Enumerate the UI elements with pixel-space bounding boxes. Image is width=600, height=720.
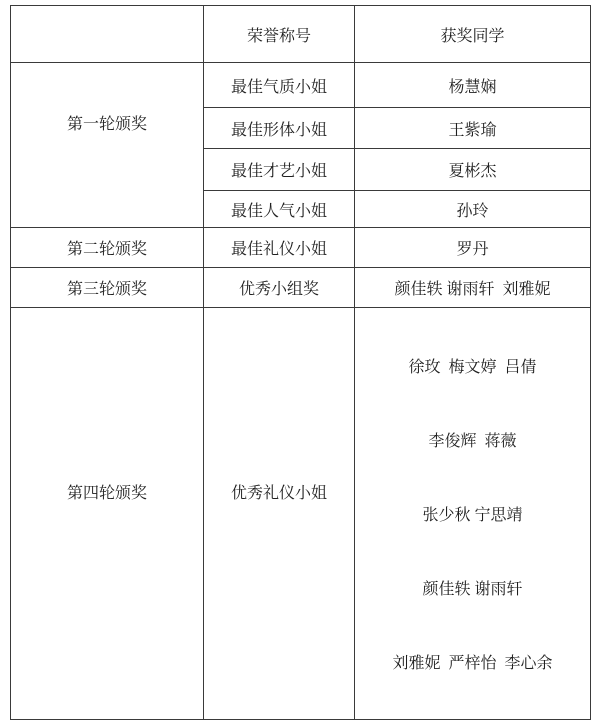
honor-cell: 最佳才艺小姐 [204, 149, 355, 191]
winner-line: 张少秋 宁思靖 [355, 497, 590, 535]
winner-cell: 杨慧娴 [355, 63, 591, 108]
honor-cell: 优秀小组奖 [204, 268, 355, 308]
header-cell-empty [11, 6, 204, 63]
winner-line: 刘雅妮 严梓怡 李心余 [355, 645, 590, 683]
honor-cell: 最佳人气小姐 [204, 191, 355, 228]
winner-cell: 颜佳轶 谢雨轩 刘雅妮 [355, 268, 591, 308]
winner-cell: 罗丹 [355, 228, 591, 268]
header-row: 荣誉称号 获奖同学 [11, 6, 591, 63]
table-row: 第一轮颁奖 最佳气质小姐 杨慧娴 [11, 63, 591, 108]
header-cell-honor-title: 荣誉称号 [204, 6, 355, 63]
winner-cell: 王紫瑜 [355, 108, 591, 149]
honor-cell: 最佳形体小姐 [204, 108, 355, 149]
winner-cell: 孙玲 [355, 191, 591, 228]
round-1-label-cell: 第一轮颁奖 [11, 63, 204, 228]
table-row: 第二轮颁奖 最佳礼仪小姐 罗丹 [11, 228, 591, 268]
round-2-label-cell: 第二轮颁奖 [11, 228, 204, 268]
honor-cell: 最佳气质小姐 [204, 63, 355, 108]
header-cell-winners: 获奖同学 [355, 6, 591, 63]
winner-line: 徐玫 梅文婷 吕倩 [355, 349, 590, 387]
winner-line: 颜佳轶 谢雨轩 [355, 571, 590, 609]
honor-cell: 优秀礼仪小姐 [204, 308, 355, 720]
table-row: 第三轮颁奖 优秀小组奖 颜佳轶 谢雨轩 刘雅妮 [11, 268, 591, 308]
round-4-label-cell: 第四轮颁奖 [11, 308, 204, 720]
round-3-label-cell: 第三轮颁奖 [11, 268, 204, 308]
awards-table: 荣誉称号 获奖同学 第一轮颁奖 最佳气质小姐 杨慧娴 最佳形体小姐 王紫瑜 最佳… [10, 5, 591, 720]
winner-cell-multiline: 徐玫 梅文婷 吕倩 李俊辉 蒋薇 张少秋 宁思靖 颜佳轶 谢雨轩 刘雅妮 严梓怡… [355, 308, 591, 720]
table-row: 第四轮颁奖 优秀礼仪小姐 徐玫 梅文婷 吕倩 李俊辉 蒋薇 张少秋 宁思靖 颜佳… [11, 308, 591, 720]
honor-cell: 最佳礼仪小姐 [204, 228, 355, 268]
winner-line: 李俊辉 蒋薇 [355, 423, 590, 461]
winner-cell: 夏彬杰 [355, 149, 591, 191]
